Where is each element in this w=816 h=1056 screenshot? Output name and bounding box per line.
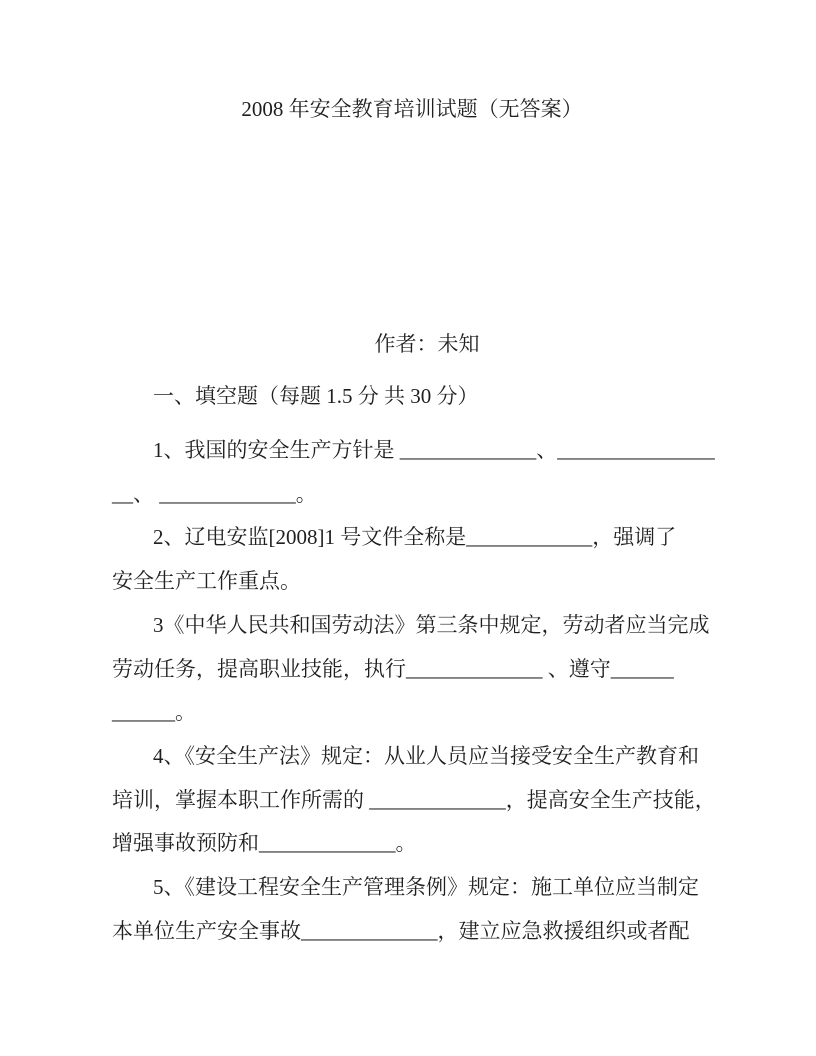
question-line: 3《中华人民共和国劳动法》第三条中规定，劳动者应当完成 <box>112 604 712 648</box>
author-line: 作者：未知 <box>112 322 712 366</box>
question-line: 本单位生产安全事故_____________，建立应急救援组织或者配 <box>112 910 712 954</box>
question-4: 4、《安全生产法》规定：从业人员应当接受安全生产教育和 培训，掌握本职工作所需的… <box>112 735 712 866</box>
document-page: 2008 年安全教育培训试题（无答案） 作者：未知 一、填空题（每题 1.5 分… <box>0 0 816 1056</box>
section-heading: 一、填空题（每题 1.5 分 共 30 分） <box>112 374 712 418</box>
question-5: 5、《建设工程安全生产管理条例》规定：施工单位应当制定 本单位生产安全事故___… <box>112 866 712 953</box>
question-line: __、 _____________。 <box>112 473 712 517</box>
question-line: 增强事故预防和_____________。 <box>112 822 712 866</box>
question-list: 1、我国的安全生产方针是 _____________、_____________… <box>112 429 712 953</box>
question-line: 2、辽电安监[2008]1 号文件全称是____________，强调了 <box>112 516 712 560</box>
doc-title: 2008 年安全教育培训试题（无答案） <box>112 87 712 131</box>
question-1: 1、我国的安全生产方针是 _____________、_____________… <box>112 429 712 516</box>
question-line: 劳动任务，提高职业技能，执行_____________ 、遵守______ <box>112 648 712 692</box>
question-3: 3《中华人民共和国劳动法》第三条中规定，劳动者应当完成 劳动任务，提高职业技能，… <box>112 604 712 735</box>
question-line: 培训，掌握本职工作所需的 _____________，提高安全生产技能， <box>112 779 712 823</box>
question-line: 4、《安全生产法》规定：从业人员应当接受安全生产教育和 <box>112 735 712 779</box>
question-line: 安全生产工作重点。 <box>112 560 712 604</box>
question-2: 2、辽电安监[2008]1 号文件全称是____________，强调了 安全生… <box>112 516 712 603</box>
question-line: ______。 <box>112 691 712 735</box>
question-line: 1、我国的安全生产方针是 _____________、_____________… <box>112 429 712 473</box>
question-line: 5、《建设工程安全生产管理条例》规定：施工单位应当制定 <box>112 866 712 910</box>
